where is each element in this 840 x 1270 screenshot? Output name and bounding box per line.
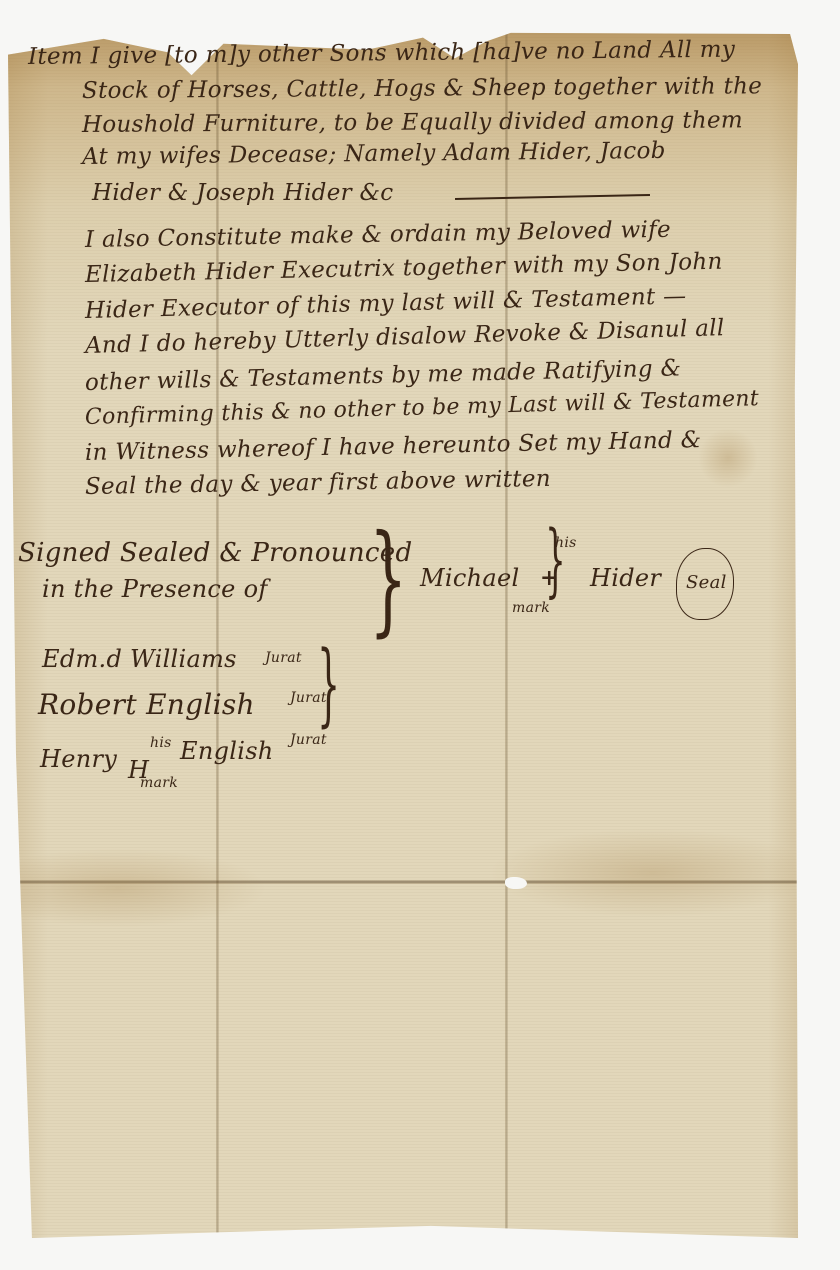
testator-mark-cross: + — [540, 565, 559, 591]
vertical-fold-right — [505, 28, 508, 1238]
attestation-brace: } — [369, 520, 407, 640]
paper-tear — [505, 877, 527, 889]
witness-3-note: Jurat — [290, 732, 327, 748]
witness-2-name: Robert English — [38, 688, 255, 721]
witness-3-his: his — [150, 735, 172, 751]
stain — [698, 428, 758, 488]
stain — [488, 828, 818, 918]
testator-first-name: Michael — [420, 564, 519, 592]
body-line-5: Hider & Joseph Hider &c — [92, 180, 393, 206]
body-line-3: Houshold Furniture, to be Equally divide… — [82, 107, 743, 138]
vertical-fold-left — [216, 28, 219, 1238]
witness-3-mark-label: mark — [140, 775, 178, 791]
testator-last-name: Hider — [590, 564, 661, 592]
witness-1-note: Jurat — [265, 650, 302, 666]
witness-3-surname: English — [180, 737, 274, 765]
attestation-line-2: in the Presence of — [42, 575, 268, 603]
witness-3-name: Henry — [40, 745, 117, 773]
attestation-line-1: Signed Sealed & Pronounced — [18, 538, 412, 568]
testator-mark-label: mark — [512, 600, 550, 616]
testator-his: his — [555, 535, 577, 551]
seal-label: Seal — [686, 572, 727, 593]
body-line-2: Stock of Horses, Cattle, Hogs & Sheep to… — [82, 73, 762, 104]
stain — [0, 848, 268, 928]
witness-brace: } — [317, 640, 340, 730]
witness-1-name: Edm.d Williams — [42, 645, 237, 673]
